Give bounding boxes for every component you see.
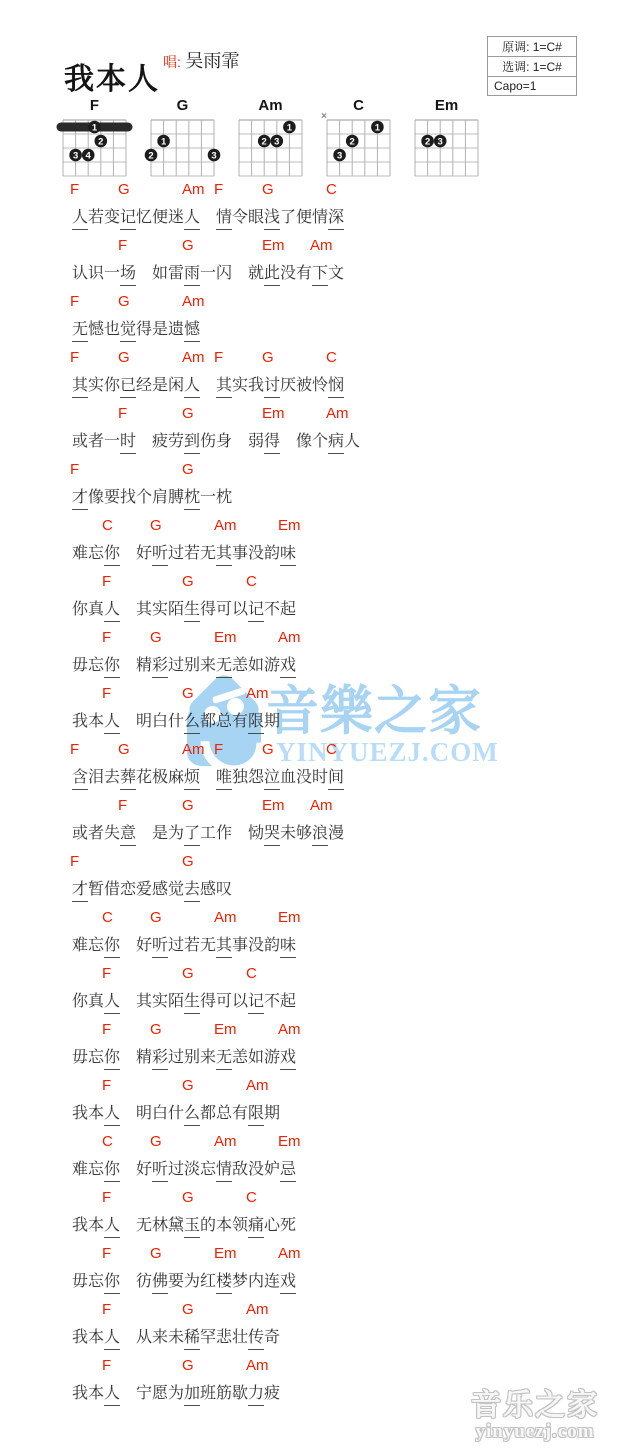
lyric-char: 为 xyxy=(168,1384,184,1405)
lyric-char: 总 xyxy=(216,1104,232,1125)
lyric-char: F人 xyxy=(104,712,120,734)
lyric-char: Em味 xyxy=(280,544,296,566)
lyric-char: 总 xyxy=(216,712,232,733)
lyric-char: 雷 xyxy=(168,264,184,285)
chord-label: Am xyxy=(182,742,205,757)
chord-label: Am xyxy=(214,910,237,925)
lyric-char: 什 xyxy=(168,1104,184,1125)
chord-label: G xyxy=(182,854,194,869)
lyric-char: 陌 xyxy=(168,600,184,621)
lyric-char: 疲 xyxy=(264,1384,280,1405)
lyric-char: 梦 xyxy=(232,1272,248,1293)
lyric-char: C记 xyxy=(248,600,264,622)
chord-label: F xyxy=(214,182,223,197)
lyric-char: G生 xyxy=(184,992,200,1014)
chord-diagram-g: G123 xyxy=(144,112,221,178)
lyric-char: 毋 xyxy=(72,1048,88,1069)
chord-label: Em xyxy=(278,518,301,533)
chord-label: G xyxy=(182,462,194,477)
lyric-char: G听 xyxy=(152,1160,168,1182)
chord-label: G xyxy=(262,350,274,365)
lyric-text: 你真F人其实陌G生得可以C记不起 xyxy=(72,992,296,1014)
watermark-brand-text: 音樂之家 xyxy=(266,686,499,738)
lyric-char: 疲 xyxy=(152,432,168,453)
lyric-char: 迷 xyxy=(168,208,184,229)
lyric-char: 实 xyxy=(152,600,168,621)
lyric-char: 若 xyxy=(184,544,200,565)
svg-text:3: 3 xyxy=(337,150,342,161)
lyric-char: 劳 xyxy=(168,432,184,453)
lyric-char: 个 xyxy=(136,488,152,509)
lyric-space xyxy=(200,376,216,397)
chord-sheet-page: 我本人 唱: 吴雨霏 原调: 1=C# 选调: 1=C# Capo=1 F123… xyxy=(0,0,621,1449)
lyric-char: 枕 xyxy=(216,488,232,509)
lyric-char: 以 xyxy=(232,600,248,621)
lyric-char: 恙 xyxy=(232,1048,248,1069)
chord-label: F xyxy=(102,1246,111,1261)
lyric-char: 宁 xyxy=(136,1384,152,1405)
lyric-char: 死 xyxy=(280,1216,296,1237)
lyric-char: 认 xyxy=(72,264,88,285)
lyric-char: 内 xyxy=(248,1272,264,1293)
lyric-char: G佛 xyxy=(152,1272,168,1294)
lyric-char: 作 xyxy=(216,824,232,845)
lyric-char: 事 xyxy=(232,936,248,957)
chord-label: G xyxy=(262,182,274,197)
lyric-char: 麻 xyxy=(168,768,184,789)
fretboard-grid-icon: 123 xyxy=(144,112,221,178)
chord-label: G xyxy=(262,742,274,757)
lyric-char: 连 xyxy=(264,1272,280,1293)
lyric-char: F人 xyxy=(104,992,120,1014)
lyric-text: 我本F人从来未G稀罕悲壮Am传奇 xyxy=(72,1328,280,1350)
lyric-char: F人 xyxy=(72,208,88,230)
chord-label: G xyxy=(182,1358,194,1373)
lyric-char: 都 xyxy=(200,1104,216,1125)
svg-text:1: 1 xyxy=(161,136,167,147)
chord-label: G xyxy=(182,1190,194,1205)
lyric-char: Am憾 xyxy=(184,320,200,342)
chord-label: F xyxy=(102,630,111,645)
chord-label: Am xyxy=(310,798,333,813)
lyric-char: 变 xyxy=(104,208,120,229)
chord-label: C xyxy=(246,1190,257,1205)
lyric-char: 敌 xyxy=(232,1160,248,1181)
svg-text:×: × xyxy=(321,112,327,122)
chord-diagram-label: G xyxy=(144,99,221,112)
chord-label: Am xyxy=(182,350,205,365)
lyric-text: 难忘C你好G听过淡忘Am情敌没妒Em忌 xyxy=(72,1160,296,1182)
lyric-char: 恋 xyxy=(120,880,136,901)
chord-label: F xyxy=(102,966,111,981)
lyric-char: Em楼 xyxy=(216,1272,232,1294)
lyric-char: 文 xyxy=(328,264,344,285)
lyric-char: 起 xyxy=(280,992,296,1013)
lyric-char: F你 xyxy=(104,1048,120,1070)
lyric-char: 其 xyxy=(136,600,152,621)
chord-label: Am xyxy=(278,630,301,645)
chord-label: Em xyxy=(214,1246,237,1261)
lyric-char: 游 xyxy=(264,1048,280,1069)
lyric-char: 本 xyxy=(88,1384,104,1405)
lyric-char: 忘 xyxy=(88,1048,104,1069)
lyric-char: 忘 xyxy=(88,936,104,957)
lyric-char: G去 xyxy=(184,880,200,902)
lyric-char: 起 xyxy=(280,600,296,621)
lyric-char: 经 xyxy=(136,376,152,397)
lyric-char: 无 xyxy=(200,544,216,565)
fretboard-grid-icon: ×123 xyxy=(320,112,397,178)
lyric-space xyxy=(120,1104,136,1125)
chord-label: Am xyxy=(278,1022,301,1037)
chord-label: F xyxy=(70,294,79,309)
lyric-char: G泣 xyxy=(264,768,280,790)
lyric-char: 像 xyxy=(88,488,104,509)
lyric-char: 我 xyxy=(72,1328,88,1349)
lyric-char: 过 xyxy=(168,936,184,957)
watermark-brand-url: YINYUEZJ.COM xyxy=(276,739,499,766)
lyric-text: 认识一F场如雷G雨一闪就Em此没有Am下文 xyxy=(72,264,344,286)
lyric-char: 失 xyxy=(104,824,120,845)
lyric-char: 我 xyxy=(72,1104,88,1125)
lyric-char: 别 xyxy=(184,656,200,677)
lyric-char: 黛 xyxy=(168,1216,184,1237)
svg-text:2: 2 xyxy=(350,136,355,147)
lyric-space xyxy=(136,432,152,453)
lyric-char: 无 xyxy=(200,936,216,957)
lyric-char: 本 xyxy=(88,712,104,733)
lyric-char: 身 xyxy=(216,432,232,453)
lyric-char: G浅 xyxy=(264,208,280,230)
lyric-char: 感 xyxy=(152,880,168,901)
key-capo: Capo=1 xyxy=(488,77,577,96)
chord-diagram-c: C×123 xyxy=(320,112,397,178)
svg-text:3: 3 xyxy=(274,136,279,147)
lyric-char: Am戏 xyxy=(280,1272,296,1294)
chord-label: Em xyxy=(262,238,285,253)
svg-text:3: 3 xyxy=(73,150,78,161)
lyric-char: 什 xyxy=(168,712,184,733)
lyric-char: 可 xyxy=(216,992,232,1013)
lyric-space xyxy=(120,1272,136,1293)
lyric-space xyxy=(120,1384,136,1405)
lyric-char: 泪 xyxy=(88,768,104,789)
lyric-char: C你 xyxy=(104,1160,120,1182)
lyric-char: 白 xyxy=(152,712,168,733)
lyric-char: 感 xyxy=(200,880,216,901)
lyric-char: 过 xyxy=(168,1160,184,1181)
lyric-char: Am病 xyxy=(328,432,344,454)
chord-label: F xyxy=(102,1190,111,1205)
chord-label: G xyxy=(150,1246,162,1261)
chord-label: F xyxy=(70,854,79,869)
lyric-char: 或 xyxy=(72,824,88,845)
lyric-char: Am其 xyxy=(216,544,232,566)
lyric-char: 没 xyxy=(248,544,264,565)
lyric-char: 林 xyxy=(152,1216,168,1237)
lyric-char: 毋 xyxy=(72,656,88,677)
lyric-char: 明 xyxy=(136,712,152,733)
lyric-char: 如 xyxy=(248,656,264,677)
lyric-char: 眼 xyxy=(248,208,264,229)
chord-label: Em xyxy=(214,630,237,645)
lyric-char: 便 xyxy=(152,208,168,229)
chord-label: Am xyxy=(278,1246,301,1261)
chord-label: C xyxy=(102,1134,113,1149)
lyric-char: 实 xyxy=(232,376,248,397)
lyric-char: F意 xyxy=(120,824,136,846)
chord-diagram-label: C xyxy=(320,99,397,112)
lyric-char: 忘 xyxy=(88,656,104,677)
lyric-space xyxy=(120,1328,136,1349)
lyric-char: 肩 xyxy=(152,488,168,509)
lyric-char: Am烦 xyxy=(184,768,200,790)
lyric-char: 难 xyxy=(72,544,88,565)
lyric-space xyxy=(232,432,248,453)
singer-line: 唱: 吴雨霏 xyxy=(163,47,239,73)
lyric-char: Em忌 xyxy=(280,1160,296,1182)
lyric-char: 从 xyxy=(136,1328,152,1349)
lyric-char: G听 xyxy=(152,936,168,958)
lyric-char: 不 xyxy=(264,600,280,621)
lyric-char: 淡 xyxy=(184,1160,200,1181)
lyric-text: 或者一F时疲劳G到伤身弱Em得像个Am病人 xyxy=(72,432,360,454)
chord-label: C xyxy=(326,350,337,365)
lyric-char: 未 xyxy=(168,1328,184,1349)
lyric-char: 要 xyxy=(168,1272,184,1293)
lyric-text: 难忘C你好G听过若无Am其事没韵Em味 xyxy=(72,544,296,566)
chord-label: F xyxy=(118,798,127,813)
chord-label: F xyxy=(102,1078,111,1093)
lyric-char: 一 xyxy=(104,264,120,285)
lyric-char: 白 xyxy=(152,1104,168,1125)
lyric-char: G听 xyxy=(152,544,168,566)
lyric-char: Em无 xyxy=(216,1048,232,1070)
chord-label: Em xyxy=(278,910,301,925)
lyric-char: C你 xyxy=(104,544,120,566)
chord-label: G xyxy=(182,798,194,813)
lyric-space xyxy=(120,712,136,733)
lyric-char: 期 xyxy=(264,1104,280,1125)
lyric-char: 都 xyxy=(200,712,216,733)
lyric-text: 毋忘F你彷G佛要为红Em楼梦内连Am戏 xyxy=(72,1272,296,1294)
lyric-char: Em此 xyxy=(264,264,280,286)
lyric-char: 有 xyxy=(296,264,312,285)
chord-label: C xyxy=(102,910,113,925)
lyric-char: 本 xyxy=(88,1216,104,1237)
lyric-char: Am限 xyxy=(248,1104,264,1126)
lyric-char: 一 xyxy=(104,432,120,453)
lyric-space xyxy=(120,544,136,565)
lyric-space xyxy=(232,264,248,285)
lyric-char: 或 xyxy=(72,432,88,453)
chord-label: F xyxy=(102,1302,111,1317)
lyric-char: 情 xyxy=(312,208,328,229)
lyric-char: Am传 xyxy=(248,1328,264,1350)
lyric-text: 我本F人无林黛G玉的本领C痛心死 xyxy=(72,1216,296,1238)
lyric-char: F人 xyxy=(104,1384,120,1406)
lyric-text: 我本F人明白什G么都总有Am限期 xyxy=(72,1104,280,1126)
lyric-char: 你 xyxy=(104,376,120,397)
lyric-char: G觉 xyxy=(120,320,136,342)
chord-label: Em xyxy=(278,1134,301,1149)
lyric-space xyxy=(200,208,216,229)
lyric-char: G已 xyxy=(120,376,136,398)
chord-diagram-label: Em xyxy=(408,99,485,112)
lyric-char: Am浪 xyxy=(312,824,328,846)
lyric-char: 一 xyxy=(200,488,216,509)
lyric-char: 花 xyxy=(136,768,152,789)
lyric-space xyxy=(280,432,296,453)
chord-label: F xyxy=(102,1358,111,1373)
lyric-char: F其 xyxy=(216,376,232,398)
lyric-text: F才像要找个肩膊G枕一枕 xyxy=(72,488,232,510)
lyric-char: 我 xyxy=(72,1216,88,1237)
chord-label: F xyxy=(118,406,127,421)
chord-label: F xyxy=(102,574,111,589)
lyric-char: 若 xyxy=(88,208,104,229)
lyric-char: 彷 xyxy=(136,1272,152,1293)
chord-label: Am xyxy=(246,1302,269,1317)
lyric-char: 别 xyxy=(184,1048,200,1069)
lyric-char: 真 xyxy=(88,992,104,1013)
lyric-char: 精 xyxy=(136,656,152,677)
lyric-char: 借 xyxy=(104,880,120,901)
lyric-char: 其 xyxy=(136,992,152,1013)
chord-label: Em xyxy=(262,798,285,813)
lyric-char: 得 xyxy=(200,992,216,1013)
lyric-char: G加 xyxy=(184,1384,200,1406)
lyric-char: 便 xyxy=(296,208,312,229)
lyric-char: 膊 xyxy=(168,488,184,509)
lyric-text: F才暂借恋爱感觉G去感叹 xyxy=(72,880,232,902)
sing-label: 唱: xyxy=(163,54,181,70)
lyric-char: 无 xyxy=(136,1216,152,1237)
lyric-char: 怜 xyxy=(312,376,328,397)
lyric-char: C你 xyxy=(104,936,120,958)
chord-label: G xyxy=(118,742,130,757)
lyric-text: 或者失F意是为G了工作恸Em哭未够Am浪漫 xyxy=(72,824,344,846)
lyric-char: 是 xyxy=(152,320,168,341)
chord-diagram-am: Am123 xyxy=(232,112,309,178)
chord-diagram-label: Am xyxy=(232,99,309,112)
chord-label: F xyxy=(214,742,223,757)
corner-watermark: 音乐之家 yinyuezj.com xyxy=(471,1390,599,1442)
lyric-char: 实 xyxy=(88,376,104,397)
key-info-box: 原调: 1=C# 选调: 1=C# Capo=1 xyxy=(487,36,577,96)
chord-label: G xyxy=(182,574,194,589)
lyric-char: 弱 xyxy=(248,432,264,453)
lyric-char: 来 xyxy=(200,1048,216,1069)
lyric-char: Am戏 xyxy=(280,656,296,678)
lyric-char: 红 xyxy=(200,1272,216,1293)
lyric-char: 过 xyxy=(168,1048,184,1069)
lyric-text: 你真F人其实陌G生得可以C记不起 xyxy=(72,600,296,622)
lyric-char: 识 xyxy=(88,264,104,285)
lyric-char: F其 xyxy=(72,376,88,398)
lyric-char: Em无 xyxy=(216,656,232,678)
chord-label: F xyxy=(70,350,79,365)
svg-text:2: 2 xyxy=(262,136,267,147)
chord-label: C xyxy=(246,574,257,589)
lyric-char: C记 xyxy=(248,992,264,1014)
lyric-char: G记 xyxy=(120,208,136,230)
corner-watermark-text: 音乐之家 xyxy=(471,1390,599,1422)
lyric-char: 够 xyxy=(296,824,312,845)
lyric-char: 实 xyxy=(152,992,168,1013)
chord-label: G xyxy=(182,1302,194,1317)
svg-text:3: 3 xyxy=(438,136,443,147)
chord-label: Em xyxy=(262,406,285,421)
lyric-char: 领 xyxy=(232,1216,248,1237)
lyric-char: 漫 xyxy=(328,824,344,845)
lyric-char: 叹 xyxy=(216,880,232,901)
lyric-char: G生 xyxy=(184,600,200,622)
lyric-char: 精 xyxy=(136,1048,152,1069)
lyric-char: 壮 xyxy=(232,1328,248,1349)
lyric-char: 陌 xyxy=(168,992,184,1013)
lyric-char: 本 xyxy=(88,1104,104,1125)
svg-text:4: 4 xyxy=(86,150,92,161)
lyric-char: 毋 xyxy=(72,1272,88,1293)
lyric-char: 憾 xyxy=(88,320,104,341)
lyric-char: 血 xyxy=(280,768,296,789)
lyric-char: F人 xyxy=(104,1104,120,1126)
chord-label: G xyxy=(182,1078,194,1093)
lyric-char: 好 xyxy=(136,1160,152,1181)
chord-label: G xyxy=(182,406,194,421)
lyric-char: 韵 xyxy=(264,936,280,957)
lyric-char: 期 xyxy=(264,712,280,733)
lyric-char: G彩 xyxy=(152,1048,168,1070)
lyric-space xyxy=(136,264,152,285)
lyric-char: 为 xyxy=(168,824,184,845)
chord-label: Am xyxy=(246,1358,269,1373)
lyric-char: 如 xyxy=(152,264,168,285)
lyric-char: C悯 xyxy=(328,376,344,398)
lyric-char: 筋 xyxy=(216,1384,232,1405)
lyric-char: 遗 xyxy=(168,320,184,341)
chord-label: G xyxy=(118,294,130,309)
lyric-char: 觉 xyxy=(168,880,184,901)
lyric-char: Am限 xyxy=(248,712,264,734)
svg-text:2: 2 xyxy=(148,150,153,161)
lyric-char: 本 xyxy=(216,1216,232,1237)
lyric-text: 难忘C你好G听过若无Am其事没韵Em味 xyxy=(72,936,296,958)
chord-label: Am xyxy=(310,238,333,253)
lyric-char: F场 xyxy=(120,264,136,286)
lyric-char: G枕 xyxy=(184,488,200,510)
lyric-char: 厌 xyxy=(280,376,296,397)
chord-label: Am xyxy=(182,294,205,309)
chord-label: G xyxy=(118,350,130,365)
lyric-char: 找 xyxy=(120,488,136,509)
lyric-space xyxy=(232,824,248,845)
chord-label: G xyxy=(150,910,162,925)
lyric-char: Am人 xyxy=(184,208,200,230)
lyric-char: 工 xyxy=(200,824,216,845)
lyric-char: 悲 xyxy=(216,1328,232,1349)
lyric-char: G雨 xyxy=(184,264,200,286)
chord-label: G xyxy=(150,1022,162,1037)
lyric-char: 忆 xyxy=(136,208,152,229)
lyric-char: 者 xyxy=(88,432,104,453)
chord-label: F xyxy=(118,238,127,253)
lyric-text: F无憾也G觉得是遗Am憾 xyxy=(72,320,200,342)
lyric-char: 难 xyxy=(72,1160,88,1181)
lyric-char: F时 xyxy=(120,432,136,454)
lyric-space xyxy=(120,1160,136,1181)
